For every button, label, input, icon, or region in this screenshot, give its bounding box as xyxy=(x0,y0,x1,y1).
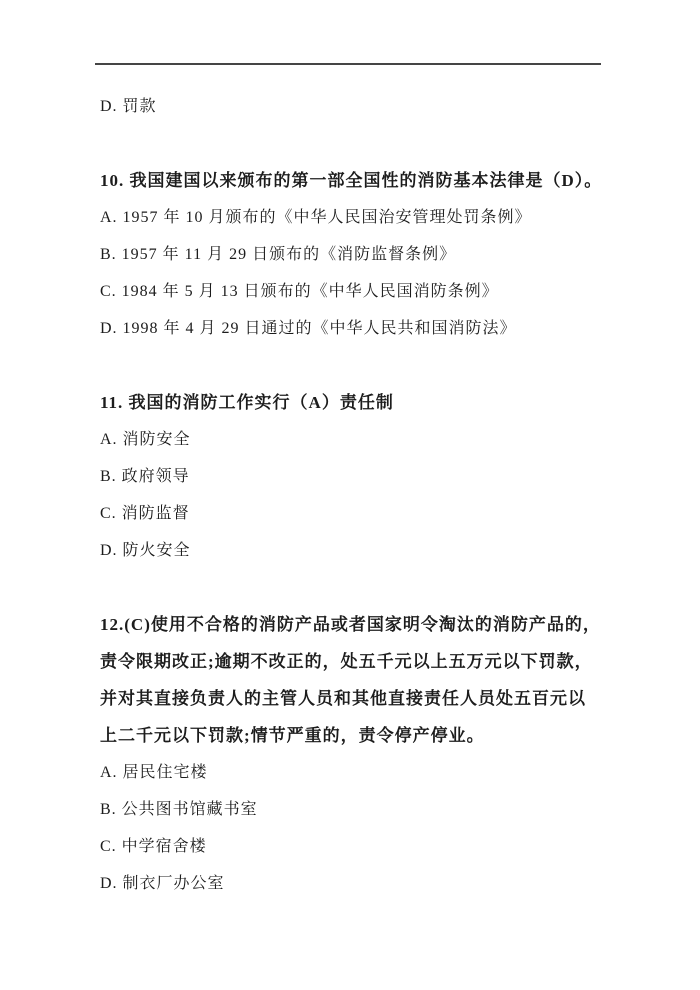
question-10-stem: 10. 我国建国以来颁布的第一部全国性的消防基本法律是（D）。 xyxy=(100,162,642,199)
question-10-option-d: D. 1998 年 4 月 29 日通过的《中华人民共和国消防法》 xyxy=(100,310,642,347)
question-12-stem-line-3: 并对其直接负责人的主管人员和其他直接责任人员处五百元以 xyxy=(100,680,642,717)
question-11: 11. 我国的消防工作实行（A）责任制 A. 消防安全 B. 政府领导 C. 消… xyxy=(100,384,642,569)
question-12-stem-line-4: 上二千元以下罚款;情节严重的，责令停产停业。 xyxy=(100,717,642,754)
question-12: 12.(C)使用不合格的消防产品或者国家明令淘汰的消防产品的， 责令限期改正;逾… xyxy=(100,606,642,902)
question-10: 10. 我国建国以来颁布的第一部全国性的消防基本法律是（D）。 A. 1957 … xyxy=(100,162,642,347)
question-11-stem: 11. 我国的消防工作实行（A）责任制 xyxy=(100,384,642,421)
question-11-option-a: A. 消防安全 xyxy=(100,421,642,458)
question-11-option-c: C. 消防监督 xyxy=(100,495,642,532)
header-rule xyxy=(95,63,601,65)
question-10-option-c: C. 1984 年 5 月 13 日颁布的《中华人民国消防条例》 xyxy=(100,273,642,310)
question-11-option-b: B. 政府领导 xyxy=(100,458,642,495)
question-12-option-b: B. 公共图书馆藏书室 xyxy=(100,791,642,828)
question-11-option-d: D. 防火安全 xyxy=(100,532,642,569)
question-12-option-c: C. 中学宿舍楼 xyxy=(100,828,642,865)
question-12-stem-line-2: 责令限期改正;逾期不改正的，处五千元以上五万元以下罚款， xyxy=(100,643,642,680)
question-12-option-a: A. 居民住宅楼 xyxy=(100,754,642,791)
carryover-option-d: D. 罚款 xyxy=(100,88,642,125)
question-12-stem-line-1: 12.(C)使用不合格的消防产品或者国家明令淘汰的消防产品的， xyxy=(100,606,642,643)
document-page: D. 罚款 10. 我国建国以来颁布的第一部全国性的消防基本法律是（D）。 A.… xyxy=(0,0,700,990)
question-10-option-b: B. 1957 年 11 月 29 日颁布的《消防监督条例》 xyxy=(100,236,642,273)
question-12-option-d: D. 制衣厂办公室 xyxy=(100,865,642,902)
page-content: D. 罚款 10. 我国建国以来颁布的第一部全国性的消防基本法律是（D）。 A.… xyxy=(100,88,642,902)
question-10-option-a: A. 1957 年 10 月颁布的《中华人民国治安管理处罚条例》 xyxy=(100,199,642,236)
